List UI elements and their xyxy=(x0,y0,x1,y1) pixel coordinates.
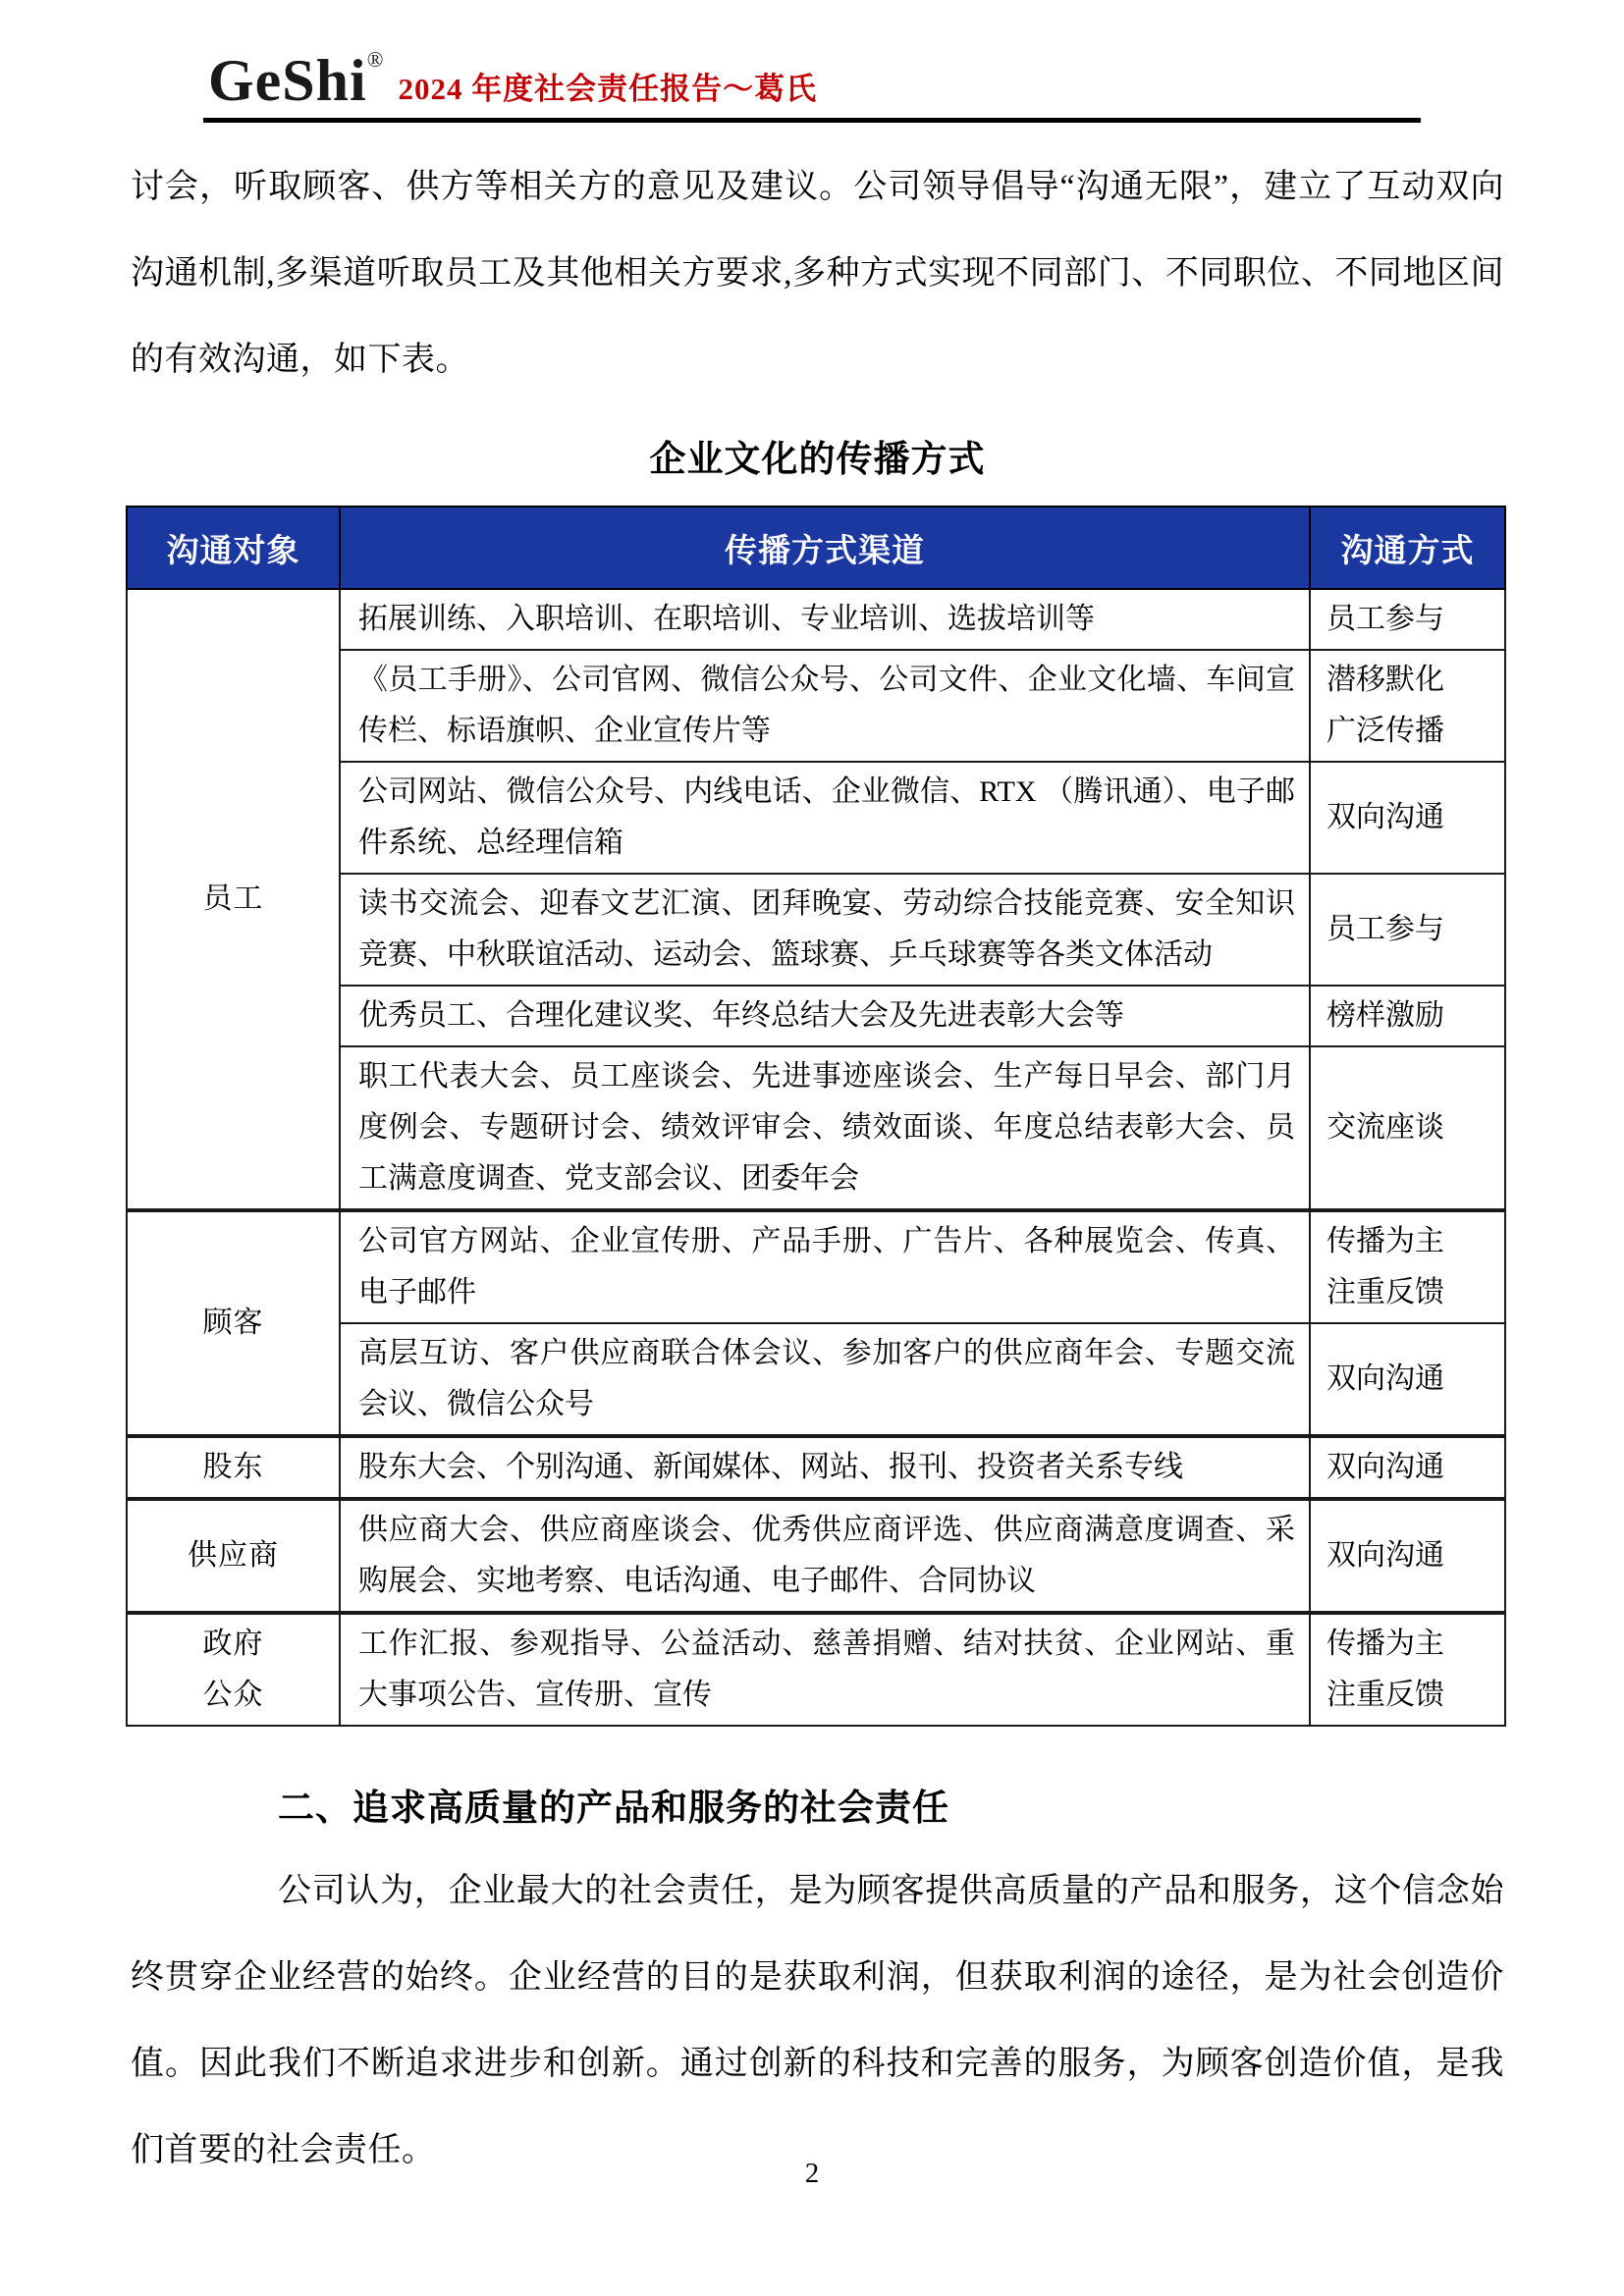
channel-cell: 股东大会、个别沟通、新闻媒体、网站、报刊、投资者关系专线 xyxy=(340,1436,1310,1499)
channel-cell: 工作汇报、参观指导、公益活动、慈善捐赠、结对扶贫、企业网站、重大事项公告、宣传册… xyxy=(340,1613,1310,1726)
audience-cell: 政府 公众 xyxy=(127,1613,340,1726)
method-cell: 传播为主 注重反馈 xyxy=(1310,1210,1505,1323)
header-divider xyxy=(203,118,1421,123)
table-header-row: 沟通对象 传播方式渠道 沟通方式 xyxy=(127,507,1505,589)
table-row: 员工 拓展训练、入职培训、在职培训、专业培训、选拔培训等 员工参与 xyxy=(127,589,1505,650)
audience-cell: 员工 xyxy=(127,589,340,1210)
section-paragraph: 公司认为，企业最大的社会责任，是为顾客提供高质量的产品和服务，这个信念始终贯穿企… xyxy=(131,1848,1504,2194)
channel-cell: 公司网站、微信公众号、内线电话、企业微信、RTX （腾讯通）、电子邮件系统、总经… xyxy=(340,762,1310,874)
audience-cell: 顾客 xyxy=(127,1210,340,1436)
column-header-method: 沟通方式 xyxy=(1310,507,1505,589)
method-cell: 双向沟通 xyxy=(1310,1499,1505,1613)
channel-cell: 高层互访、客户供应商联合体会议、参加客户的供应商年会、专题交流会议、微信公众号 xyxy=(340,1323,1310,1436)
method-cell: 员工参与 xyxy=(1310,589,1505,650)
channel-cell: 优秀员工、合理化建议奖、年终总结大会及先进表彰大会等 xyxy=(340,986,1310,1046)
method-cell: 双向沟通 xyxy=(1310,762,1505,874)
channel-cell: 《员工手册》、公司官网、微信公众号、公司文件、企业文化墙、车间宣传栏、标语旗帜、… xyxy=(340,650,1310,762)
channel-cell: 公司官方网站、企业宣传册、产品手册、广告片、各种展览会、传真、电子邮件 xyxy=(340,1210,1310,1323)
method-cell: 传播为主 注重反馈 xyxy=(1310,1613,1505,1726)
section-heading: 二、追求高质量的产品和服务的社会责任 xyxy=(278,1778,1504,1831)
report-title: 2024 年度社会责任报告～葛氏 xyxy=(398,64,817,110)
column-header-audience: 沟通对象 xyxy=(127,507,340,589)
method-cell: 潜移默化 广泛传播 xyxy=(1310,650,1505,762)
document-page: GeShi® 2024 年度社会责任报告～葛氏 讨会，听取顾客、供方等相关方的意… xyxy=(0,0,1624,2296)
page-number: 2 xyxy=(0,2158,1624,2190)
table-row: 政府 公众 工作汇报、参观指导、公益活动、慈善捐赠、结对扶贫、企业网站、重大事项… xyxy=(127,1613,1505,1726)
method-cell: 交流座谈 xyxy=(1310,1046,1505,1210)
registered-trademark-icon: ® xyxy=(367,47,385,72)
method-cell: 双向沟通 xyxy=(1310,1323,1505,1436)
method-cell: 榜样激励 xyxy=(1310,986,1505,1046)
column-header-channel: 传播方式渠道 xyxy=(340,507,1310,589)
table-row: 供应商 供应商大会、供应商座谈会、优秀供应商评选、供应商满意度调查、采购展会、实… xyxy=(127,1499,1505,1613)
method-cell: 员工参与 xyxy=(1310,874,1505,986)
channel-cell: 供应商大会、供应商座谈会、优秀供应商评选、供应商满意度调查、采购展会、实地考察、… xyxy=(340,1499,1310,1613)
page-header: GeShi® 2024 年度社会责任报告～葛氏 xyxy=(0,0,1624,110)
communication-table: 沟通对象 传播方式渠道 沟通方式 员工 拓展训练、入职培训、在职培训、专业培训、… xyxy=(126,506,1506,1727)
table-row: 顾客 公司官方网站、企业宣传册、产品手册、广告片、各种展览会、传真、电子邮件 传… xyxy=(127,1210,1505,1323)
channel-cell: 拓展训练、入职培训、在职培训、专业培训、选拔培训等 xyxy=(340,589,1310,650)
channel-cell: 职工代表大会、员工座谈会、先进事迹座谈会、生产每日早会、部门月度例会、专题研讨会… xyxy=(340,1046,1310,1210)
table-title: 企业文化的传播方式 xyxy=(131,429,1504,482)
logo-text: GeShi xyxy=(208,48,367,113)
intro-paragraph: 讨会，听取顾客、供方等相关方的意见及建议。公司领导倡导“沟通无限”，建立了互动双… xyxy=(131,144,1504,403)
company-logo: GeShi® xyxy=(208,49,384,110)
page-content: 讨会，听取顾客、供方等相关方的意见及建议。公司领导倡导“沟通无限”，建立了互动双… xyxy=(0,144,1624,2194)
audience-cell: 供应商 xyxy=(127,1499,340,1613)
audience-cell: 股东 xyxy=(127,1436,340,1499)
channel-cell: 读书交流会、迎春文艺汇演、团拜晚宴、劳动综合技能竞赛、安全知识竞赛、中秋联谊活动… xyxy=(340,874,1310,986)
table-row: 股东 股东大会、个别沟通、新闻媒体、网站、报刊、投资者关系专线 双向沟通 xyxy=(127,1436,1505,1499)
method-cell: 双向沟通 xyxy=(1310,1436,1505,1499)
